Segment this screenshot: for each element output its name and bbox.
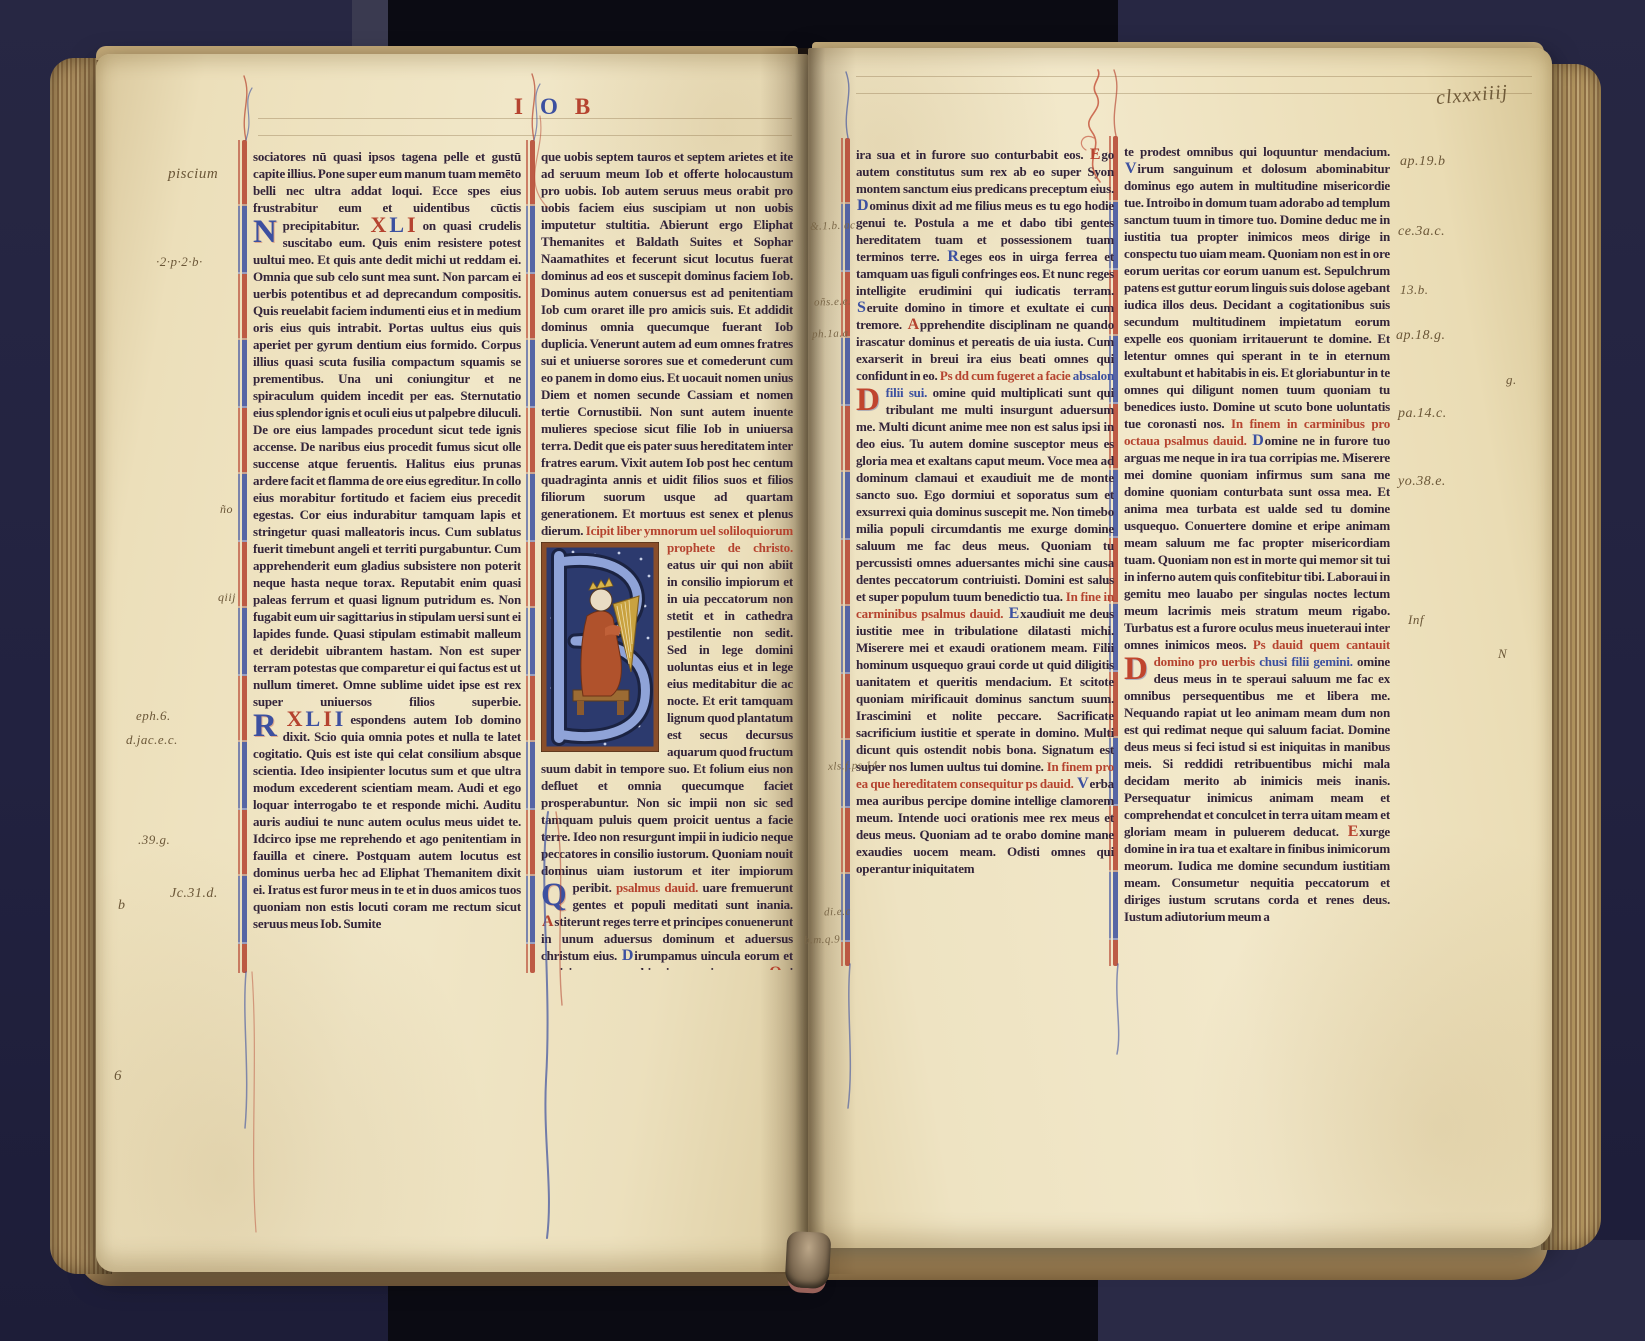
decorated-initial: D bbox=[1124, 653, 1154, 684]
margin-note: b bbox=[118, 898, 126, 914]
margin-note: ap.18.g. bbox=[1396, 328, 1446, 344]
spine-tailband bbox=[785, 1231, 832, 1289]
text-run: V bbox=[1076, 775, 1089, 792]
margin-note: xls.f.ps.14 bbox=[828, 759, 878, 773]
column-border-bar bbox=[845, 138, 850, 966]
margin-note: 6 bbox=[114, 1068, 122, 1085]
margin-note: ·2·p·2·b· bbox=[156, 254, 203, 270]
text-run: E bbox=[1008, 605, 1020, 622]
text-run: ira sua et in furore suo conturbabit eos… bbox=[856, 147, 1089, 162]
text-run: chusi filii gemini. bbox=[1259, 654, 1357, 669]
column-border-bar bbox=[530, 140, 535, 973]
text-run: V bbox=[1124, 160, 1137, 177]
margin-note: di.e.c bbox=[824, 906, 851, 919]
margin-note: &.1.b. ac. bbox=[810, 219, 859, 233]
text-run: Et folium eius non defluet et omnia quec… bbox=[541, 761, 793, 895]
text-column-2: que uobis septem tauros et septem ariete… bbox=[541, 148, 793, 970]
running-title-letter: O bbox=[540, 94, 575, 119]
text-run: espondens autem Iob domino dixit. Scio q… bbox=[253, 712, 521, 931]
margin-note: piscium bbox=[168, 166, 218, 183]
text-run: omine deus meus in te speraui saluum me … bbox=[1124, 654, 1390, 839]
text-run: D bbox=[856, 197, 869, 214]
text-run: irum sanguinum et dolosum abominabitur d… bbox=[1124, 161, 1390, 431]
decorated-initial: N bbox=[253, 216, 283, 247]
margin-note: d.jac.e.c. bbox=[126, 732, 178, 748]
margin-note: g. bbox=[1506, 372, 1517, 388]
text-run: omine quid multiplicati sunt qui tribula… bbox=[856, 385, 1114, 604]
ruling-line bbox=[856, 76, 1532, 77]
text-run: on quasi crudelis suscitabo eum. Quis en… bbox=[253, 218, 521, 709]
text-run: R bbox=[946, 248, 959, 265]
decorated-initial: D bbox=[856, 384, 886, 415]
text-column-3: ira sua et in furore suo conturbabit eos… bbox=[856, 146, 1114, 966]
margin-note: Inf bbox=[1408, 612, 1424, 628]
margin-note: eph.6. bbox=[136, 708, 171, 724]
margin-note: 13.b. bbox=[1400, 282, 1429, 298]
margin-note: N bbox=[1498, 646, 1507, 662]
margin-note: ce.3a.c. bbox=[1398, 224, 1445, 240]
margin-note: ño bbox=[220, 502, 233, 517]
margin-note: ph.1a.a bbox=[812, 327, 849, 340]
column-border-bar bbox=[242, 140, 247, 973]
text-column-4: te prodest omnibus qui loquuntur mendaci… bbox=[1124, 143, 1390, 965]
margin-note: .39.g. bbox=[138, 832, 170, 848]
ruling-line bbox=[856, 93, 1532, 94]
david-harp-illustration bbox=[541, 542, 659, 752]
margin-note: yo.38.e. bbox=[1398, 474, 1446, 490]
margin-note: b.m.q.9 bbox=[804, 933, 841, 946]
decorated-initial: Q bbox=[541, 879, 572, 910]
text-run: xaudiuit me deus iustitie mee in tribula… bbox=[856, 606, 1114, 774]
text-run: que uobis septem tauros et septem ariete… bbox=[541, 149, 793, 538]
ruling-line bbox=[258, 135, 792, 136]
text-run: A bbox=[541, 913, 554, 930]
margin-note: pa.14.c. bbox=[1398, 406, 1447, 422]
running-title-letter: B bbox=[575, 94, 607, 119]
text-run: omine ne in furore tuo arguas me neque i… bbox=[1124, 433, 1390, 652]
margin-note: oñs.e.e. bbox=[814, 295, 852, 308]
text-run: Q bbox=[768, 964, 782, 970]
manuscript-photo: IOB clxxxiiij sociatores nū quasi ipsos … bbox=[0, 0, 1645, 1341]
beatus-initial-miniature bbox=[541, 542, 659, 752]
text-column-1: sociatores nū quasi ipsos tagena pelle e… bbox=[253, 148, 521, 970]
text-run: D bbox=[621, 947, 634, 964]
decorated-initial: R bbox=[253, 710, 283, 741]
text-run: D bbox=[1251, 432, 1264, 449]
text-run: A bbox=[907, 316, 920, 333]
running-title-letter: I bbox=[514, 94, 540, 119]
margin-note: ap.19.b bbox=[1400, 154, 1446, 170]
rubric: psalmus dauid. bbox=[616, 880, 703, 895]
rubric: Ps dd cum fugeret a facie bbox=[940, 368, 1073, 383]
text-run: E bbox=[1089, 146, 1101, 163]
text-run: te prodest omnibus qui loquuntur mendaci… bbox=[1124, 144, 1390, 159]
chapter-numeral: XLII bbox=[287, 706, 347, 731]
text-run: E bbox=[1347, 823, 1359, 840]
text-run: S bbox=[856, 299, 867, 316]
chapter-numeral: XLI bbox=[370, 212, 418, 237]
margin-note: Jc.31.d. bbox=[170, 886, 218, 902]
margin-note: qiij bbox=[218, 590, 236, 605]
running-title: IOB bbox=[514, 94, 607, 120]
